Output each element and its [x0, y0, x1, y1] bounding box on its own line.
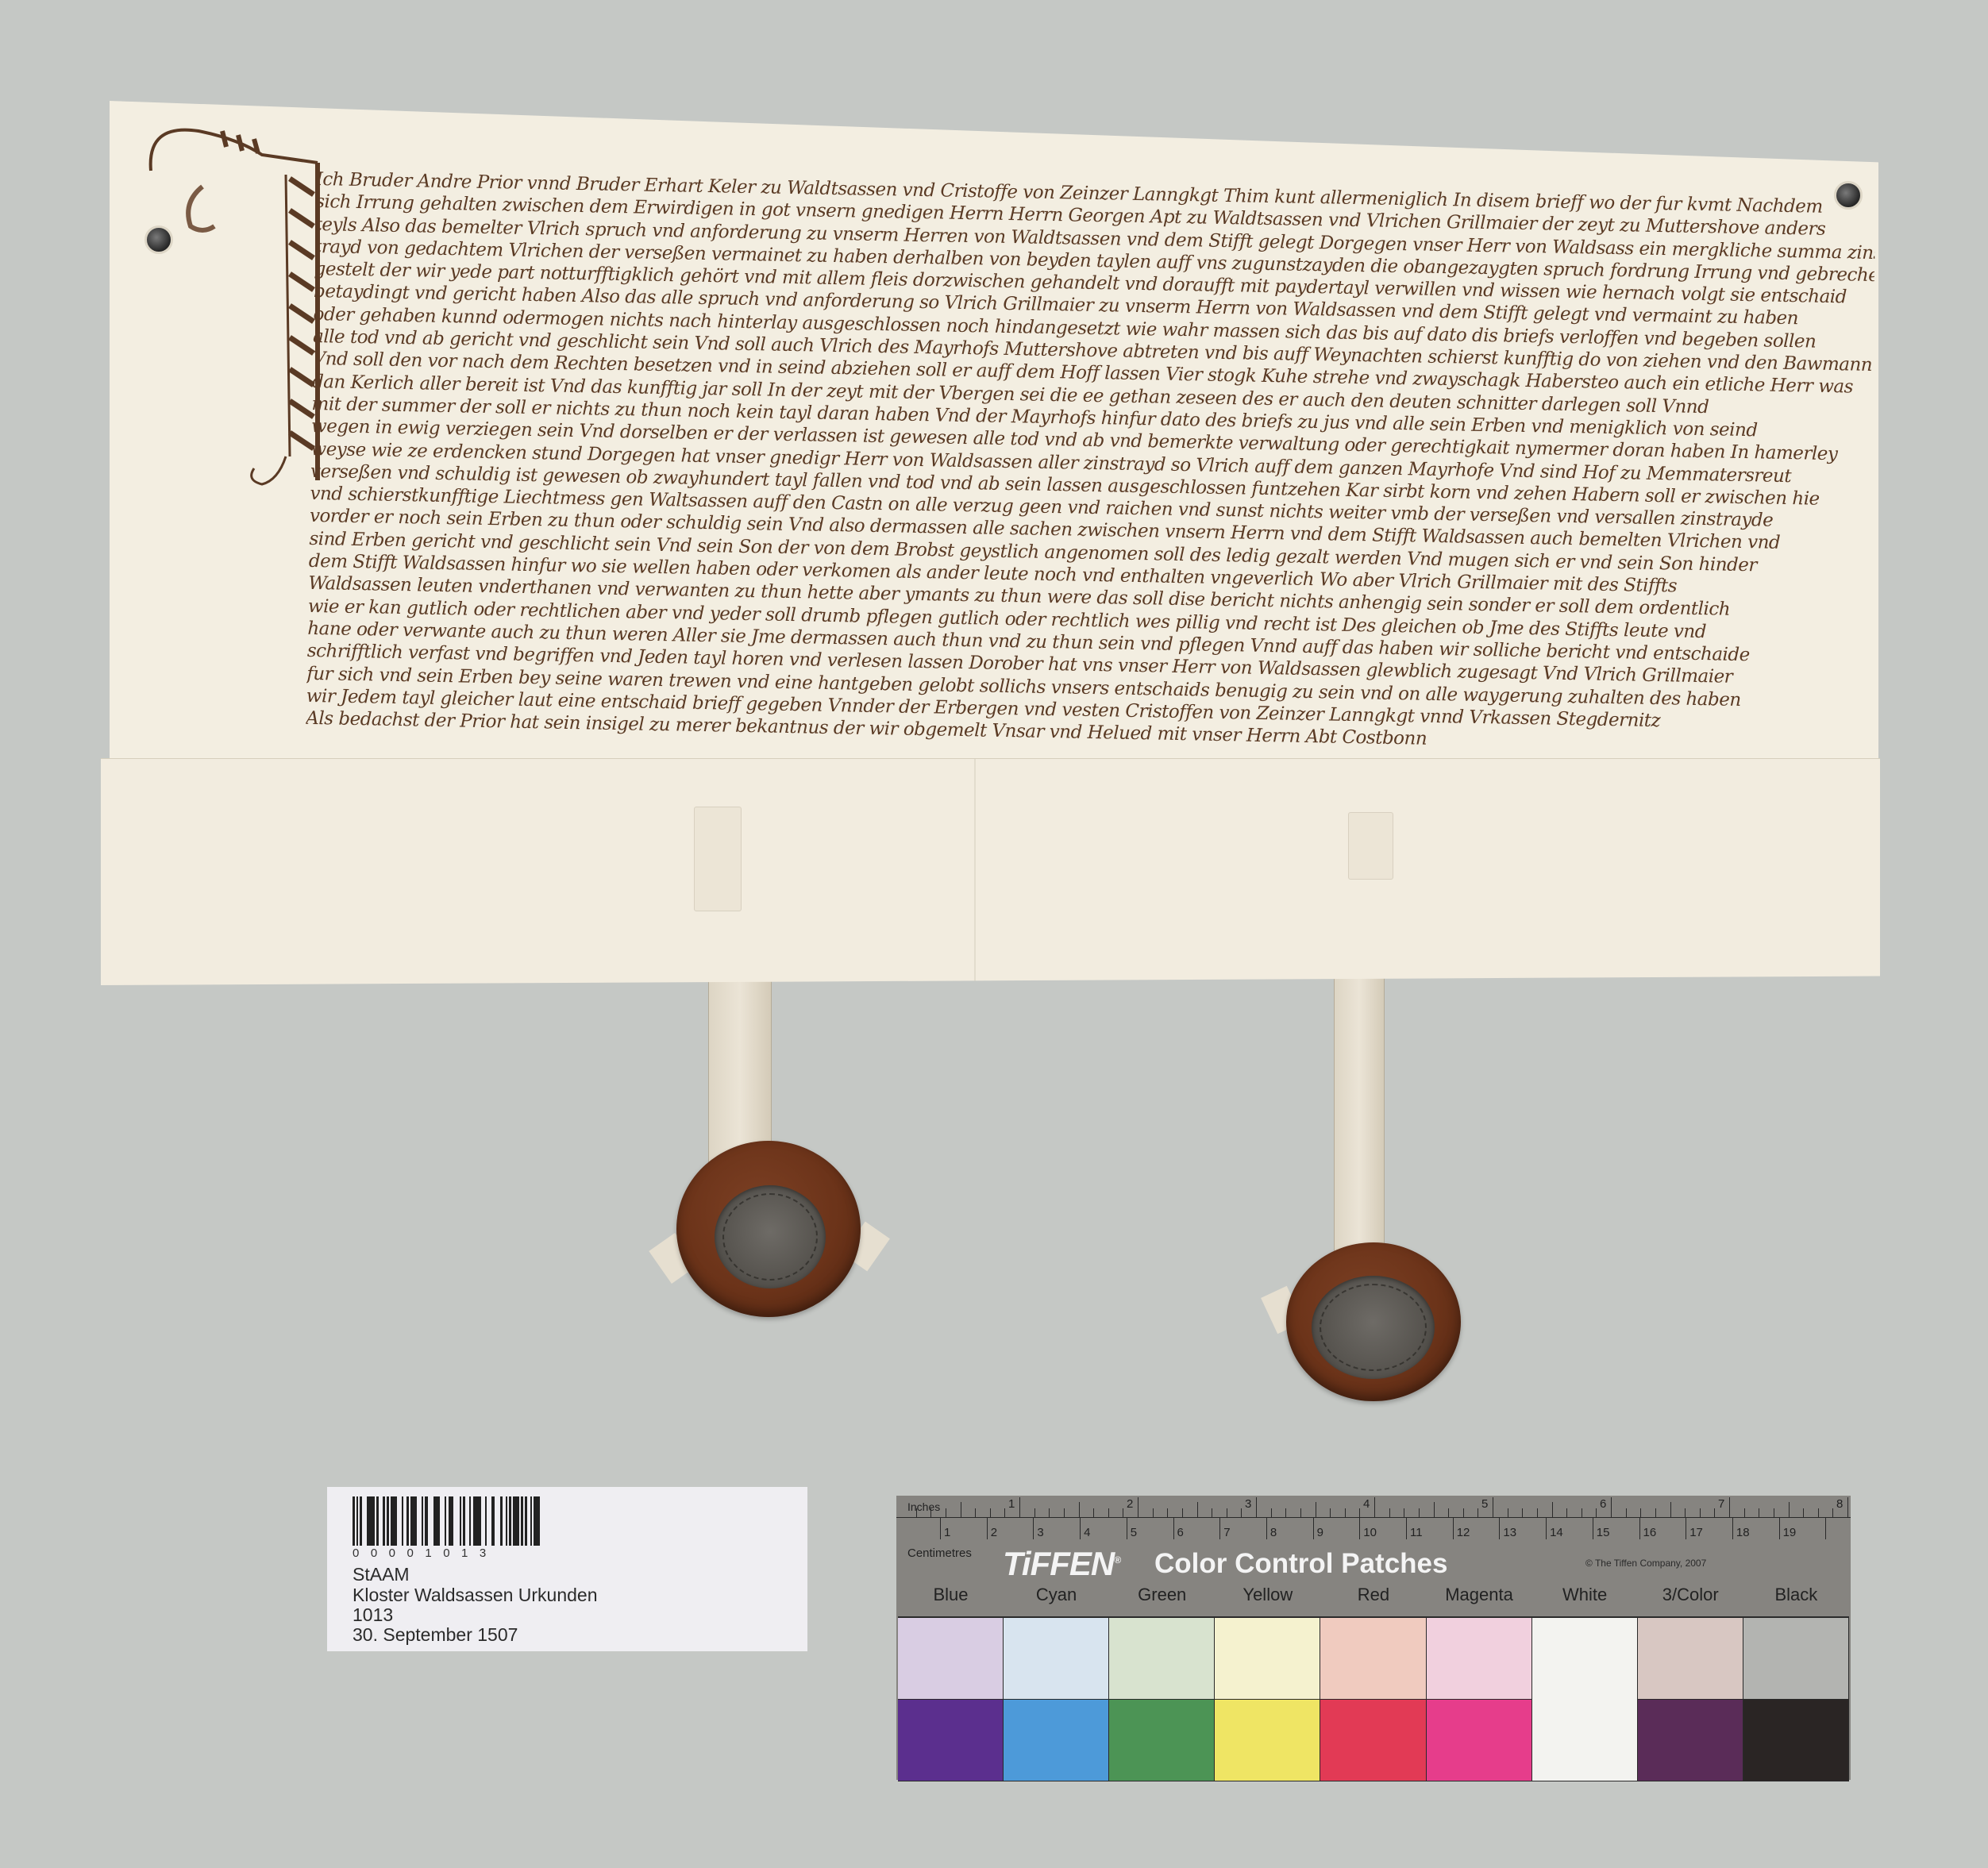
cm-tick-label: 6 [1177, 1526, 1184, 1539]
tiffen-logo: TiFFEN® [1003, 1545, 1120, 1583]
patch-label-3-color: 3/Color [1638, 1585, 1743, 1605]
inch-tick [1271, 1508, 1272, 1517]
cm-tick-label: 16 [1643, 1526, 1657, 1539]
seal-legend-ring [1320, 1284, 1427, 1371]
inch-tick [1330, 1508, 1331, 1517]
document-date: 30. September 1507 [353, 1625, 518, 1644]
inch-tick [1316, 1502, 1316, 1517]
inch-tick [1256, 1497, 1257, 1517]
cm-tick-label: 18 [1736, 1526, 1750, 1539]
barcode [353, 1496, 540, 1546]
inch-tick [1626, 1508, 1627, 1517]
patch-dark-yellow [1215, 1700, 1320, 1781]
document-number: 1013 [353, 1605, 393, 1624]
barcode-bar [367, 1496, 375, 1546]
inch-tick [1508, 1508, 1508, 1517]
inch-tick [1552, 1502, 1553, 1517]
plica-fold [101, 758, 1880, 985]
inch-tick [961, 1502, 961, 1517]
chart-title: Color Control Patches [1154, 1548, 1447, 1580]
inch-tick-label: 5 [1481, 1497, 1488, 1511]
patch-label-green: Green [1109, 1585, 1215, 1605]
inch-tick-label: 7 [1718, 1497, 1724, 1511]
cm-tick-label: 2 [991, 1526, 997, 1539]
cm-tick [1686, 1517, 1686, 1539]
cm-tick [1593, 1517, 1593, 1539]
inch-tick [1729, 1497, 1730, 1517]
cm-tick [1499, 1517, 1500, 1539]
inch-tick [975, 1508, 976, 1517]
cm-tick-label: 14 [1550, 1526, 1563, 1539]
inch-tick-label: 4 [1363, 1497, 1370, 1511]
cm-tick-label: 3 [1037, 1526, 1043, 1539]
patch-label-magenta: Magenta [1427, 1585, 1532, 1605]
archive-label: 00001013 StAAM Kloster Waldsassen Urkund… [327, 1487, 807, 1651]
barcode-bar [473, 1496, 481, 1546]
inch-tick [1448, 1508, 1449, 1517]
barcode-bar [391, 1496, 397, 1546]
cm-tick [987, 1517, 988, 1539]
inch-tick [1774, 1508, 1774, 1517]
inch-tick [1832, 1508, 1833, 1517]
inch-tick [1374, 1497, 1375, 1517]
inch-tick [1359, 1508, 1360, 1517]
inch-tick [1241, 1508, 1242, 1517]
patch-light-blue [898, 1618, 1004, 1700]
cm-tick [1359, 1517, 1360, 1539]
cm-tick-label: 19 [1783, 1526, 1797, 1539]
inch-tick-label: 6 [1600, 1497, 1606, 1511]
cm-tick-label: 12 [1457, 1526, 1470, 1539]
inch-tick [1685, 1508, 1686, 1517]
cm-tick [1639, 1517, 1640, 1539]
inch-tick [1700, 1508, 1701, 1517]
registered-mark: ® [1114, 1554, 1120, 1566]
inch-tick [1803, 1508, 1804, 1517]
collection-name: Kloster Waldsassen Urkunden [353, 1585, 598, 1604]
patch-light-cyan [1004, 1618, 1109, 1700]
inch-tick [1582, 1508, 1582, 1517]
seal-impression [1312, 1276, 1435, 1379]
inch-tick [1759, 1508, 1759, 1517]
patch-label-red: Red [1320, 1585, 1426, 1605]
cm-tick [1266, 1517, 1267, 1539]
inch-tick [1566, 1508, 1567, 1517]
charter-text: Ich Bruder Andre Prior vnnd Bruder Erhar… [306, 168, 1876, 758]
patch-dark-green [1109, 1700, 1215, 1781]
inch-tick [1197, 1502, 1198, 1517]
cm-tick-label: 4 [1084, 1526, 1090, 1539]
cm-tick [1825, 1517, 1826, 1539]
patch-dark-magenta [1427, 1700, 1532, 1781]
inch-tick [1789, 1502, 1790, 1517]
archive-name: StAAM [353, 1565, 410, 1584]
color-patches [898, 1616, 1849, 1781]
cm-tick-label: 13 [1503, 1526, 1516, 1539]
patch-light-red [1320, 1618, 1426, 1700]
inch-tick [1537, 1508, 1538, 1517]
inch-tick [1478, 1508, 1478, 1517]
barcode-bar [513, 1496, 519, 1546]
inch-tick [1212, 1508, 1212, 1517]
inch-tick [1345, 1508, 1346, 1517]
cm-tick-label: 5 [1131, 1526, 1137, 1539]
patch-label-white: White [1532, 1585, 1638, 1605]
inch-tick [1640, 1508, 1641, 1517]
inch-tick [1138, 1497, 1138, 1517]
decorated-initial-icon [127, 107, 326, 504]
patch-dark-black [1743, 1700, 1849, 1781]
cm-tick [1313, 1517, 1314, 1539]
patch-light-white [1532, 1618, 1638, 1781]
inch-tick [1434, 1502, 1435, 1517]
cm-tick [1173, 1517, 1174, 1539]
cm-tick [1127, 1517, 1127, 1539]
patch-label-blue: Blue [898, 1585, 1004, 1605]
barcode-bar [410, 1496, 417, 1546]
brand-text: TiFFEN [1003, 1545, 1114, 1582]
inch-tick [1419, 1508, 1420, 1517]
inches-label: Inches [907, 1500, 940, 1513]
inch-tick [1004, 1508, 1005, 1517]
seal-impression [715, 1185, 826, 1288]
patch-dark-cyan [1004, 1700, 1109, 1781]
cm-tick [1732, 1517, 1733, 1539]
inch-tick [1847, 1497, 1848, 1517]
barcode-bar [453, 1496, 460, 1546]
inch-tick [1123, 1508, 1123, 1517]
cm-tick [1453, 1517, 1454, 1539]
inch-tick [930, 1508, 931, 1517]
cm-tick-label: 9 [1317, 1526, 1323, 1539]
inch-tick [1064, 1508, 1065, 1517]
inch-tick [1714, 1508, 1715, 1517]
patch-light-magenta [1427, 1618, 1532, 1700]
patch-light-3-color [1638, 1618, 1743, 1700]
inch-tick [1611, 1497, 1612, 1517]
seal-left [676, 1141, 861, 1317]
inch-tick-label: 1 [1008, 1497, 1015, 1511]
patch-label-cyan: Cyan [1004, 1585, 1109, 1605]
inch-tick [1182, 1508, 1183, 1517]
cm-tick [1080, 1517, 1081, 1539]
patch-dark-3-color [1638, 1700, 1743, 1781]
centimetres-label: Centimetres [907, 1546, 972, 1560]
cm-tick-label: 8 [1270, 1526, 1277, 1539]
inch-tick [1167, 1508, 1168, 1517]
inch-tick [1227, 1508, 1227, 1517]
patch-light-black [1743, 1618, 1849, 1700]
ruler-baseline [896, 1517, 1851, 1518]
patch-label-yellow: Yellow [1215, 1585, 1320, 1605]
inch-tick [1079, 1502, 1080, 1517]
cm-tick [1779, 1517, 1780, 1539]
inch-tick [990, 1508, 991, 1517]
inch-tick [1285, 1508, 1286, 1517]
inch-tick-label: 8 [1836, 1497, 1843, 1511]
patch-dark-red [1320, 1700, 1426, 1781]
cm-tick [940, 1517, 941, 1539]
cm-tick [1406, 1517, 1407, 1539]
inch-tick [1522, 1508, 1523, 1517]
inch-tick-label: 2 [1127, 1497, 1133, 1511]
cm-tick-label: 7 [1223, 1526, 1230, 1539]
fold-crease [974, 759, 976, 985]
inch-tick [1493, 1497, 1493, 1517]
seal-slot-left [694, 807, 742, 911]
cm-tick-label: 17 [1689, 1526, 1703, 1539]
patch-light-green [1109, 1618, 1215, 1700]
seal-legend-ring [722, 1193, 818, 1281]
inch-tick [1744, 1508, 1745, 1517]
patch-label-black: Black [1743, 1585, 1849, 1605]
cm-tick-label: 15 [1597, 1526, 1610, 1539]
inch-tick [1404, 1508, 1404, 1517]
inch-tick [916, 1508, 917, 1517]
inch-tick [1389, 1508, 1390, 1517]
inch-tick [1093, 1508, 1094, 1517]
barcode-bar [433, 1496, 440, 1546]
patch-light-yellow [1215, 1618, 1320, 1700]
patch-dark-blue [898, 1700, 1004, 1781]
seal-right [1286, 1242, 1461, 1401]
cm-tick-label: 10 [1363, 1526, 1377, 1539]
cm-tick [1033, 1517, 1034, 1539]
barcode-number: 00001013 [353, 1546, 498, 1560]
barcode-bar [534, 1496, 540, 1546]
inch-tick [1463, 1508, 1464, 1517]
inch-tick [1300, 1508, 1301, 1517]
inch-tick [946, 1508, 946, 1517]
copyright-notice: © The Tiffen Company, 2007 [1585, 1558, 1706, 1569]
cm-tick-label: 11 [1410, 1526, 1423, 1539]
inch-tick-label: 3 [1245, 1497, 1251, 1511]
cm-tick [1219, 1517, 1220, 1539]
inch-tick [1670, 1502, 1671, 1517]
inch-tick [1818, 1508, 1819, 1517]
inch-tick [1108, 1508, 1109, 1517]
inch-tick [1153, 1508, 1154, 1517]
barcode-bar [495, 1496, 500, 1546]
cm-tick [1546, 1517, 1547, 1539]
inch-tick [1596, 1508, 1597, 1517]
cm-tick-label: 1 [944, 1526, 950, 1539]
seal-slot-right [1348, 812, 1393, 880]
inch-tick [1049, 1508, 1050, 1517]
inch-tick [1655, 1508, 1656, 1517]
color-control-chart: Inches 123456781234567891011121314151617… [896, 1496, 1851, 1780]
inch-tick [1034, 1508, 1035, 1517]
barcode-bar [428, 1496, 433, 1546]
inch-tick [1019, 1497, 1020, 1517]
